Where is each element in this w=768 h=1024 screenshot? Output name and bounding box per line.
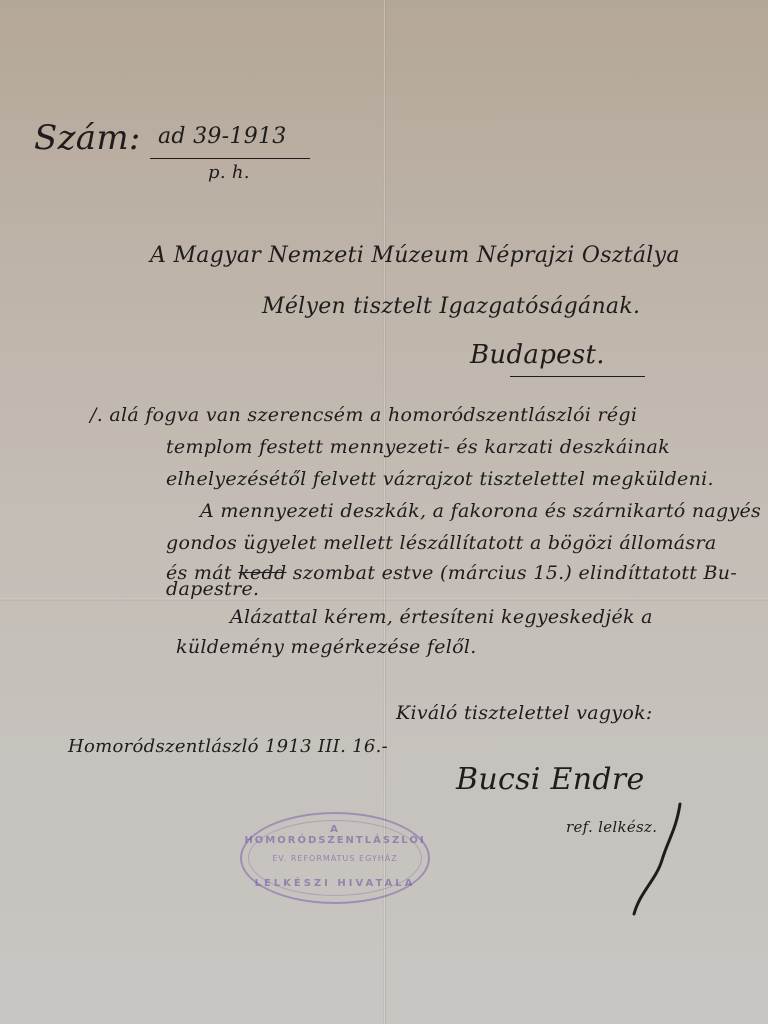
reference-sub: p. h. — [208, 162, 250, 183]
addressee-line-2: Mélyen tisztelt Igazgatóságának. — [262, 294, 640, 319]
place-and-date: Homoródszentlászló 1913 III. 16.- — [68, 736, 388, 757]
parish-office-stamp: A HOMORÓDSZENTLÁSZLÓI EV. REFORMÁTUS EGY… — [240, 812, 430, 904]
body-line-3: elhelyezésétől felvett vázrajzot tisztel… — [166, 468, 714, 490]
city-underline — [510, 376, 645, 377]
body-line-8: Alázattal kérem, értesíteni kegyeskedjék… — [230, 606, 653, 628]
closing-salutation: Kiváló tisztelettel vagyok: — [396, 702, 653, 724]
signature: Bucsi Endre — [456, 762, 645, 797]
signature-flourish-icon — [628, 800, 688, 920]
addressee-line-1: A Magyar Nemzeti Múzeum Néprajzi Osztály… — [150, 243, 680, 268]
body-line-5: gondos ügyelet mellett lészállítatott a … — [166, 532, 716, 554]
stamp-top-text: A HOMORÓDSZENTLÁSZLÓI — [242, 824, 428, 846]
body-line-7: dapestre. — [166, 578, 259, 600]
reference-number: ad 39-1913 — [158, 124, 287, 149]
reference-label: Szám: — [34, 118, 141, 158]
addressee-city: Budapest. — [470, 340, 605, 370]
stamp-middle-text: EV. REFORMÁTUS EGYHÁZ — [242, 854, 428, 863]
body-line-4: A mennyezeti deszkák, a fakorona és szár… — [200, 500, 761, 522]
body-line-9: küldemény megérkezése felől. — [176, 636, 477, 658]
reference-underline — [150, 158, 310, 159]
body-line-6-rest: szombat estve (március 15.) elindíttatot… — [286, 562, 737, 584]
body-line-2: templom festett mennyezeti- és karzati d… — [166, 436, 670, 458]
horizontal-fold-crease — [0, 598, 768, 601]
body-line-1: /. alá fogva van szerencsém a homoródsze… — [90, 404, 637, 426]
stamp-bottom-text: LELKÉSZI HIVATALA — [242, 878, 428, 889]
letter-page: Szám: ad 39-1913 p. h. A Magyar Nemzeti … — [0, 0, 768, 1024]
